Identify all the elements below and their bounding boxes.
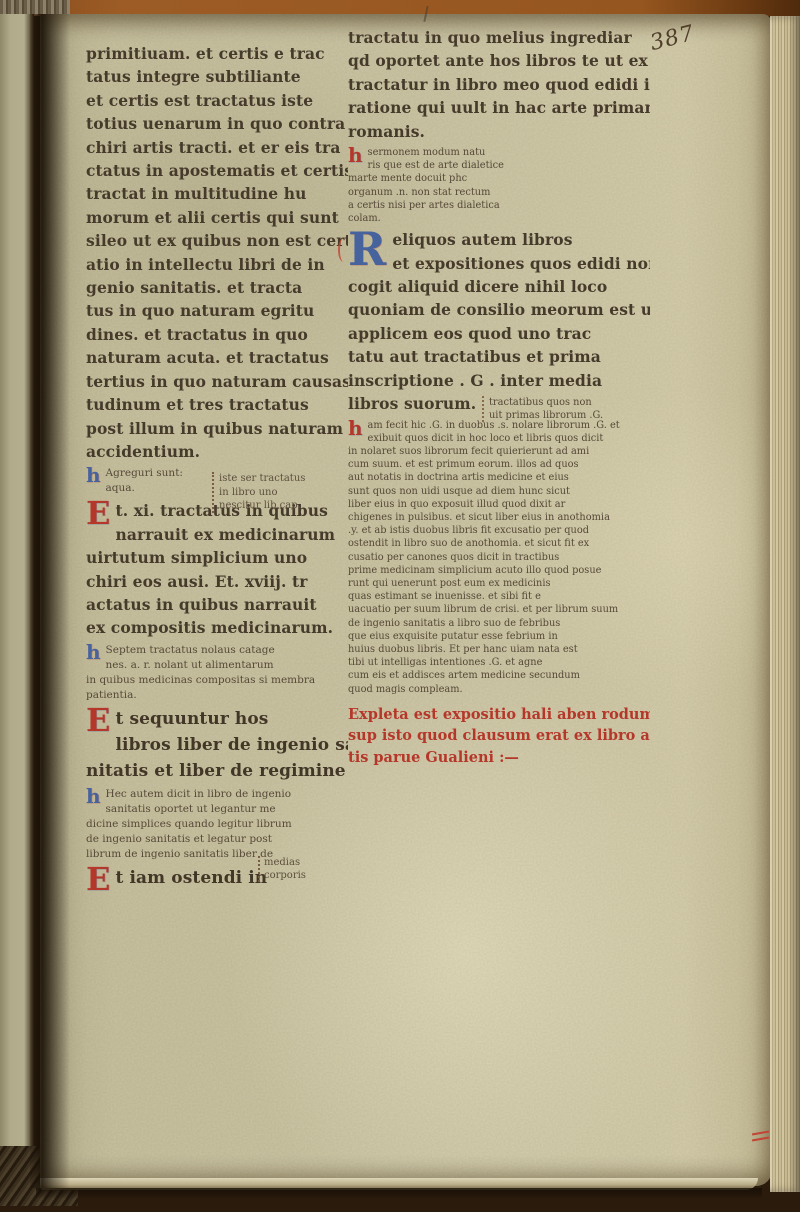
text-line: in quibus medicinas compositas si membra: [86, 673, 348, 688]
text-line: tudinum et tres tractatus: [86, 393, 348, 416]
text-line: ex compositis medicinarum.: [86, 616, 348, 639]
text-line: eliquos autem libros: [348, 228, 650, 251]
text-line: tractatibus quos non: [489, 396, 649, 409]
text-line: a certis nisi per artes dialetica: [348, 199, 650, 212]
text-line: Hec autem dicit in libro de ingenio: [86, 787, 348, 802]
text-line: dicine simplices quando legitur librum: [86, 817, 348, 832]
text-line: atio in intellectu libri de in: [86, 253, 348, 276]
text-line: ratione qui uult in hac arte primam: [348, 96, 650, 119]
text-line: quoniam de consilio meorum est ut: [348, 298, 650, 321]
fore-edge-page-stack: [770, 16, 800, 1192]
red-edge-mark: [752, 1128, 772, 1144]
text-line: genio sanitatis. et tracta: [86, 276, 348, 299]
text-line: qd oportet ante hos libros te ut ex: [348, 49, 650, 72]
text-line: nes. a. r. nolant ut alimentarum: [86, 658, 348, 673]
text-block: primitiuam. et certis e tractatus integr…: [86, 42, 348, 463]
text-line: medias: [264, 856, 334, 869]
text-line: romanis.: [348, 120, 650, 143]
text-line: tis parue Gualieni :—: [348, 747, 650, 769]
text-line: sermonem modum natu: [348, 146, 650, 159]
text-line: .y. et ab istis duobus libris fit excusa…: [348, 524, 650, 537]
text-line: liber eius in quo exposuit illud quod di…: [348, 498, 650, 511]
text-line: Septem tractatus nolaus catage: [86, 643, 348, 658]
text-line: quod magis compleam.: [348, 683, 650, 696]
text-line: t sequuntur hos: [86, 706, 348, 732]
text-line: ris que est de arte dialetice: [348, 159, 650, 172]
margin-note-accidentium: iste ser tractatusin libro unonescitur l…: [212, 472, 351, 513]
headband: [0, 0, 70, 15]
text-line: et certis est tractatus iste: [86, 89, 348, 112]
text-line: ostendit in libro suo de anothomia. et s…: [348, 537, 650, 550]
text-line: uit primas librorum .G.: [489, 409, 649, 422]
text-block: hsermonem modum naturis que est de arte …: [348, 146, 650, 225]
illuminated-initial-R: R: [348, 229, 386, 269]
text-line: chigenes in pulsibus. et sicut liber eiu…: [348, 511, 650, 524]
text-line: que eius exquisite putatur esse febrium …: [348, 630, 650, 643]
text-line: de ingenio sanitatis et legatur post: [86, 832, 348, 847]
text-line: tractat in multitudine hu: [86, 182, 348, 205]
text-block: Expleta est expositio hali aben rodumsup…: [348, 704, 650, 769]
text-line: cum suum. et est primum eorum. illos ad …: [348, 458, 650, 471]
illuminated-initial-E: E: [86, 866, 111, 893]
text-line: huius duobus libris. Et per hanc uiam na…: [348, 643, 650, 656]
text-line: runt qui uenerunt post eum ex medicinis: [348, 577, 650, 590]
text-block: hHec autem dicit in libro de ingeniosani…: [86, 787, 348, 862]
text-line: tatu aut tractatibus et prima: [348, 345, 650, 368]
text-line: organum .n. non stat rectum: [348, 186, 650, 199]
text-line: corporis: [264, 869, 334, 882]
text-line: tractatu in quo melius ingrediar: [348, 26, 650, 49]
text-line: inscriptione . G . inter media: [348, 369, 650, 392]
text-line: ctatus in apostematis et certis: [86, 159, 348, 182]
illuminated-initial-E: E: [86, 707, 111, 734]
page-bottom-shadow: [36, 1188, 762, 1198]
text-line: tatus integre subtiliante: [86, 65, 348, 88]
illuminated-initial-E: E: [86, 500, 111, 527]
text-line: tus in quo naturam egritu: [86, 299, 348, 322]
text-line: uirtutum simplicium uno: [86, 546, 348, 569]
text-line: uacuatio per suum librum de crisi. et pe…: [348, 603, 650, 616]
text-block: ham fecit hic .G. in duobus .s. nolare l…: [348, 419, 650, 696]
text-line: patientia.: [86, 688, 348, 703]
text-line: sunt quos non uidi usque ad diem hunc si…: [348, 485, 650, 498]
illuminated-initial-h: h: [86, 467, 101, 484]
text-line: Expleta est expositio hali aben rodum: [348, 704, 650, 726]
text-line: nescitur lib cap.: [219, 499, 351, 513]
text-block: Et sequuntur hoslibros liber de ingenio …: [86, 706, 348, 784]
illuminated-initial-h: h: [86, 644, 101, 661]
text-line: nitatis et liber de regimine sanorum.: [86, 758, 348, 784]
margin-note-tractatibus: tractatibus quos nonuit primas librorum …: [482, 396, 649, 422]
text-block: Reliquos autem libroset expositiones quo…: [348, 228, 650, 415]
text-line: quas estimant se inuenisse. et sibi fit …: [348, 590, 650, 603]
text-line: cum eis et addisces artem medicine secun…: [348, 669, 650, 682]
text-line: chiri artis tracti. et er eis tra: [86, 136, 348, 159]
text-line: chiri eos ausi. Et. xviij. tr: [86, 570, 348, 593]
text-line: cogit aliquid dicere nihil loco: [348, 275, 650, 298]
text-line: in nolaret suos librorum fecit quierieru…: [348, 445, 650, 458]
text-line: in libro uno: [219, 486, 351, 500]
opposite-page-edge: [0, 14, 34, 1186]
illuminated-initial-h: h: [86, 788, 101, 805]
text-line: sanitatis oportet ut legantur me: [86, 802, 348, 817]
text-line: de ingenio sanitatis a libro suo de febr…: [348, 617, 650, 630]
text-line: aut notatis in doctrina artis medicine e…: [348, 471, 650, 484]
text-line: tractatur in libro meo quod edidi inte: [348, 73, 650, 96]
text-block: tractatu in quo melius ingrediarqd oport…: [348, 26, 650, 143]
text-line: marte mente docuit phc: [348, 172, 650, 185]
text-line: naturam acuta. et tractatus: [86, 346, 348, 369]
illuminated-initial-h: h: [348, 147, 363, 164]
text-line: tertius in quo naturam causas egri: [86, 370, 348, 393]
text-line: totius uenarum in quo contra: [86, 112, 348, 135]
text-line: sileo ut ex quibus non est certus: [86, 229, 348, 252]
text-line: morum et alii certis qui sunt: [86, 206, 348, 229]
text-line: iste ser tractatus: [219, 472, 351, 486]
illuminated-initial-h: h: [348, 420, 363, 437]
text-line: colam.: [348, 212, 650, 225]
red-margin-mark: [338, 238, 349, 262]
text-line: et expositiones quos edidi non: [348, 252, 650, 275]
text-line: exibuit quos dicit in hoc loco et libris…: [348, 432, 650, 445]
text-line: libros liber de ingenio sa: [86, 732, 348, 758]
margin-note-medias: mediascorporis: [258, 856, 334, 882]
text-line: tibi ut intelligas intentiones .G. et ag…: [348, 656, 650, 669]
text-line: sup isto quod clausum erat ex libro ar: [348, 725, 650, 747]
text-line: actatus in quibus narrauit: [86, 593, 348, 616]
text-line: primitiuam. et certis e trac: [86, 42, 348, 65]
text-line: cusatio per canones quos dicit in tracti…: [348, 551, 650, 564]
text-line: post illum in quibus naturam causas: [86, 417, 348, 440]
text-block: Et. xi. tractatus in quibusnarrauit ex m…: [86, 499, 348, 639]
text-block: hSeptem tractatus nolaus catagenes. a. r…: [86, 643, 348, 703]
text-line: applicem eos quod uno trac: [348, 322, 650, 345]
text-line: prime medicinam simplicium acuto illo qu…: [348, 564, 650, 577]
book-photo: primitiuam. et certis e tractatus integr…: [0, 0, 800, 1212]
text-line: accidentium.: [86, 440, 348, 463]
text-line: dines. et tractatus in quo: [86, 323, 348, 346]
text-line: narrauit ex medicinarum: [86, 523, 348, 546]
